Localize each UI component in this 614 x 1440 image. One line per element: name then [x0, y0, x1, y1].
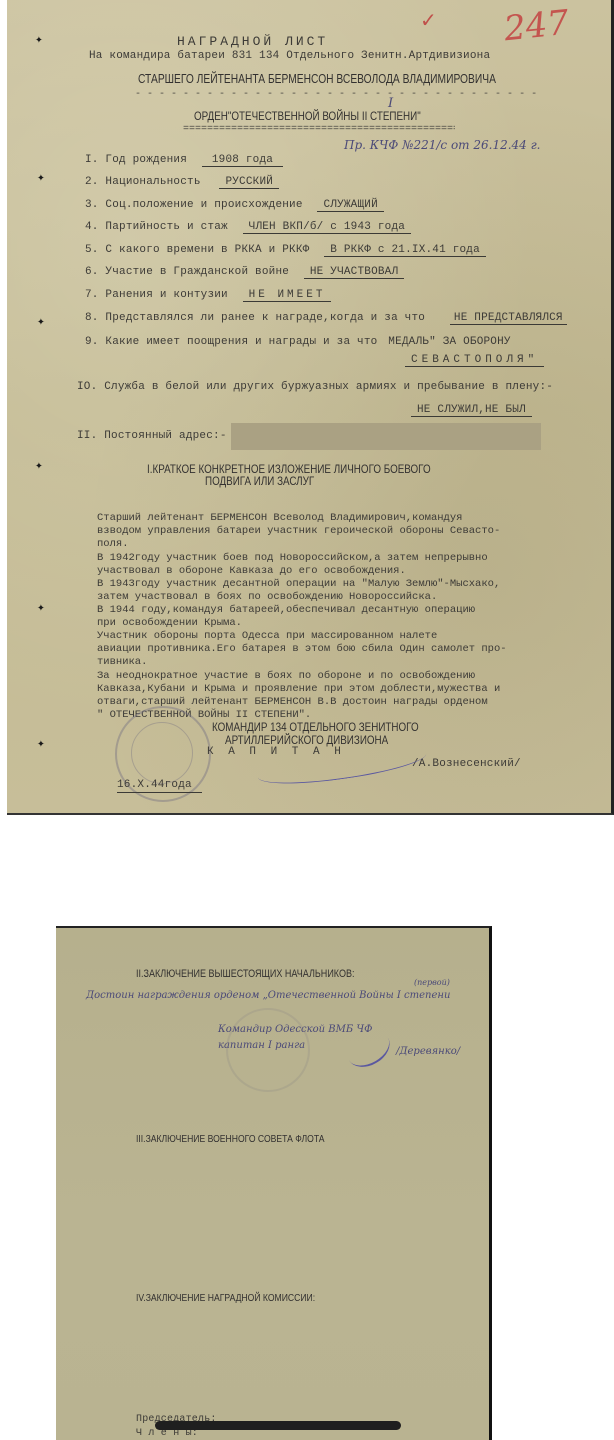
field-nationality: 2. Национальность РУССКИЙ	[85, 176, 279, 188]
field-value: НЕ ПРЕДСТАВЛЯЛСЯ	[450, 312, 567, 325]
signature-date: 16.X.44года	[117, 779, 202, 791]
field-value: МЕДАЛЬ" ЗА ОБОРОНУ	[388, 336, 510, 348]
award-title: ОРДЕН"ОТЕЧЕСТВЕННОЙ ВОЙНЫ II СТЕПЕНИ"	[194, 109, 421, 123]
document-title: НАГРАДНОЙ ЛИСТ	[177, 34, 328, 49]
field-wounds: 7. Ранения и контузии НЕ ИМЕЕТ	[85, 289, 331, 301]
field-existing-awards: 9. Какие имеет поощрения и награды и за …	[85, 336, 511, 348]
field-value: В РККФ с 21.IX.41 года	[324, 244, 486, 257]
narrative-paragraph: В 1944 году,командуя батареей,обеспечива…	[97, 604, 597, 630]
field-value: РУССКИЙ	[219, 176, 279, 189]
section-title: IV.ЗАКЛЮЧЕНИЕ НАГРАДНОЙ КОМИССИИ:	[136, 1292, 315, 1304]
faded-stamp	[226, 1008, 310, 1092]
field-civil-war: 6. Участие в Гражданской войне НЕ УЧАСТВ…	[85, 266, 404, 278]
field-service-start: 5. С какого времени в РККА и РККФ В РККФ…	[85, 244, 486, 256]
award-sheet-page-1: ✓ 247 НАГРАДНОЙ ЛИСТ На командира батаре…	[7, 0, 614, 815]
field-value: НЕ ИМЕЕТ	[243, 289, 332, 302]
checkmark-icon: ✓	[420, 8, 437, 32]
redacted-address	[231, 423, 541, 450]
narrative-paragraph: В 1943году участник десантной операции н…	[97, 578, 597, 604]
award-sheet-page-2: II.ЗАКЛЮЧЕНИЕ ВЫШЕСТОЯЩИХ НАЧАЛЬНИКОВ: Д…	[56, 926, 492, 1440]
field-address: II. Постоянный адрес:-	[77, 430, 227, 442]
punch-hole-mark	[39, 742, 47, 750]
narrative-paragraph: Старший лейтенант БЕРМЕНСОН Всеволод Вла…	[97, 512, 597, 551]
order-reference: Пр. КЧФ №221/с от 26.12.44 г.	[344, 138, 541, 152]
narrative-paragraph: Участник обороны порта Одесса при массир…	[97, 630, 597, 669]
signer-name: /Деревянко/	[396, 1046, 460, 1057]
home-indicator-bar[interactable]	[155, 1421, 401, 1430]
field-social-status: 3. Соц.положение и происхождение СЛУЖАЩИ…	[85, 199, 384, 211]
signer-name: /А.Вознесенский/	[412, 758, 521, 770]
field-foreign-service: IO. Служба в белой или других буржуазных…	[77, 381, 553, 393]
field-value-continued: СЕВАСТОПОЛЯ"	[405, 354, 544, 367]
signer-title: КОМАНДИР 134 ОТДЕЛЬНОГО ЗЕНИТНОГО	[212, 720, 419, 734]
field-value: 1908 года	[202, 154, 283, 167]
archive-number: 247	[502, 3, 571, 50]
field-birth-year: I. Год рождения 1908 года	[85, 154, 283, 166]
punch-hole-mark	[39, 176, 47, 184]
nominee-name: СТАРШЕГО ЛЕЙТЕНАНТА БЕРМЕНСОН ВСЕВОЛОДА …	[138, 72, 496, 86]
divider: - - - - - - - - - - - - - - - - - - - - …	[135, 89, 540, 100]
field-party-membership: 4. Партийность и стаж ЧЛЕН ВКП/б/ с 1943…	[85, 221, 411, 233]
field-value: СЛУЖАЩИЙ	[317, 199, 383, 212]
signer-unit: АРТИЛЛЕРИЙСКОГО ДИВИЗИОНА	[225, 733, 388, 747]
punch-hole-mark	[37, 38, 45, 46]
section-title: II.ЗАКЛЮЧЕНИЕ ВЫШЕСТОЯЩИХ НАЧАЛЬНИКОВ:	[136, 968, 355, 980]
field-previous-awards-nomination: 8. Представлялся ли ранее к награде,когд…	[85, 312, 567, 324]
field-value: НЕ СЛУЖИЛ,НЕ БЫЛ	[411, 404, 532, 417]
punch-hole-mark	[39, 606, 47, 614]
section-title-continued: ПОДВИГА ИЛИ ЗАСЛУГ	[205, 474, 314, 488]
document-subtitle: На командира батареи 831 134 Отдельного …	[89, 50, 490, 62]
narrative-paragraph: В 1942году участник боев под Новороссийс…	[97, 552, 597, 578]
section-title: III.ЗАКЛЮЧЕНИЕ ВОЕННОГО СОВЕТА ФЛОТА	[136, 1133, 325, 1145]
field-value: ЧЛЕН ВКП/б/ с 1943 года	[243, 221, 411, 234]
handwritten-conclusion: Достоин награждения орденом „Отечественн…	[86, 990, 450, 1001]
handwritten-insert: (первой)	[414, 978, 450, 987]
stamp-emblem-icon	[131, 722, 193, 784]
double-underline: ========================================…	[183, 124, 455, 135]
field-value: НЕ УЧАСТВОВАЛ	[304, 266, 404, 279]
punch-hole-mark	[39, 320, 47, 328]
punch-hole-mark	[37, 464, 45, 472]
award-degree-correction: I	[388, 96, 393, 111]
